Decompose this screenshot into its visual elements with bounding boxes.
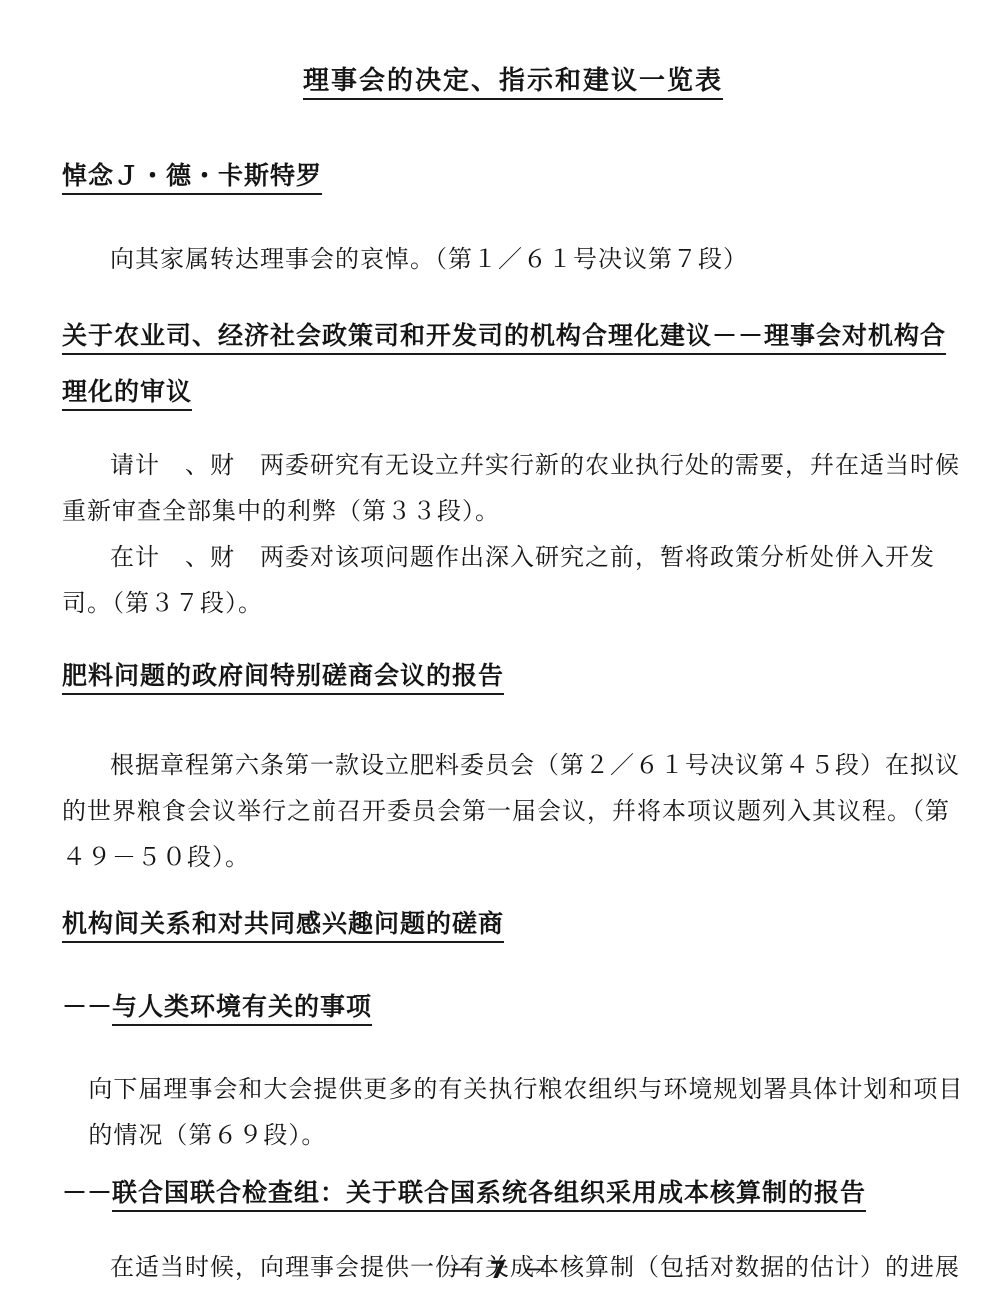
document-title: 理事会的决定、指示和建议一览表	[62, 64, 964, 98]
subsection-heading-text: 与人类环境有关的事项	[112, 992, 372, 1021]
dash-prefix: －－	[62, 1178, 112, 1207]
paragraph-policy-analysis: 在计 、财 两委对该项问题作出深入研究之前，暂将政策分析处併入开发司。（第３７段…	[62, 534, 964, 626]
subsection-heading-human-environment: －－与人类环境有关的事项	[62, 990, 964, 1024]
dash-prefix: －－	[62, 992, 112, 1021]
paragraph-fertilizer-commission: 根据章程第六条第一款设立肥料委员会（第２／６１号决议第４５段）在拟议的世界粮食会…	[62, 742, 964, 880]
paragraph-committee-study: 请计 、财 两委研究有无设立幷实行新的农业执行处的需要，幷在适当时候重新审查全部…	[62, 442, 964, 534]
page-number: － 7 －	[0, 1250, 1000, 1285]
subsection-heading-joint-inspection-unit: －－联合国联合检查组：关于联合国系统各组织采用成本核算制的报告	[62, 1176, 964, 1210]
section-heading-fertilizer-report: 肥料问题的政府间特别磋商会议的报告	[62, 648, 964, 704]
subsection-heading-text: 联合国联合检查组：关于联合国系统各组织采用成本核算制的报告	[112, 1178, 866, 1207]
section-heading-memorial: 悼念Ｊ・德・卡斯特罗	[62, 148, 964, 204]
document-page: 理事会的决定、指示和建议一览表 悼念Ｊ・德・卡斯特罗 向其家属转达理事会的哀悼。…	[0, 0, 1000, 1313]
paragraph-condolence: 向其家属转达理事会的哀悼。（第１／６１号决议第７段）	[62, 236, 964, 282]
paragraph-environment-programmes: 向下届理事会和大会提供更多的有关执行粮农组织与环境规划署具体计划和项目的情况（第…	[88, 1066, 964, 1158]
section-heading-rationalization: 关于农业司、经济社会政策司和开发司的机构合理化建议－－理事会对机构合理化的审议	[62, 308, 964, 420]
section-heading-interagency-relations: 机构间关系和对共同感兴趣问题的磋商	[62, 896, 964, 952]
